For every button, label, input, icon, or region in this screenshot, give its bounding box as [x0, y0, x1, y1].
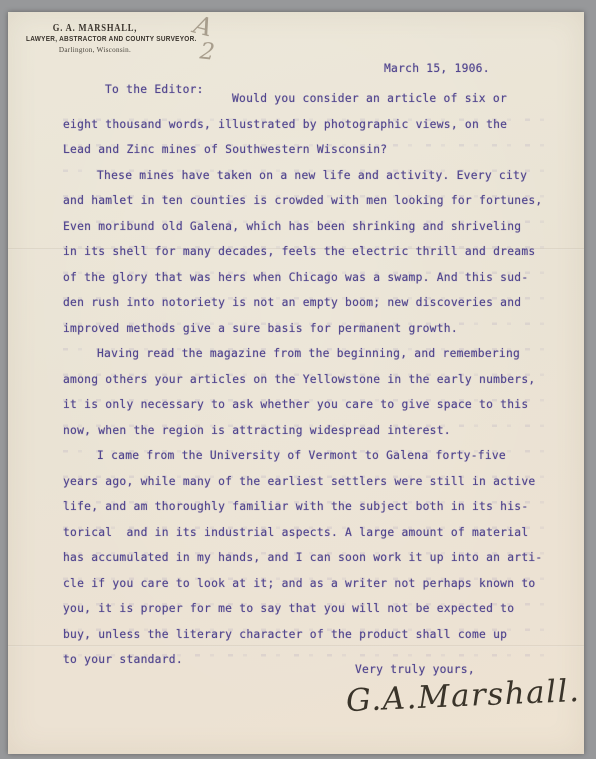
- letter-line: you, it is proper for me to say that you…: [63, 602, 555, 628]
- letter-line: among others your articles on the Yellow…: [63, 373, 555, 399]
- letter-line: it is only necessary to ask whether you …: [63, 398, 555, 424]
- pencil-mark-letter: A: [191, 12, 217, 42]
- letter-line: I came from the University of Vermont to…: [63, 449, 555, 475]
- scanned-letter: G. A. MARSHALL, LAWYER, ABSTRACTOR AND C…: [0, 0, 596, 759]
- letter-line: Having read the magazine from the beginn…: [63, 347, 555, 373]
- letter-line: den rush into notoriety is not an empty …: [63, 296, 555, 322]
- letter-line: Would you consider an article of six or: [63, 92, 555, 118]
- letter-line: has accumulated in my hands, and I can s…: [63, 551, 555, 577]
- letterhead: G. A. MARSHALL, LAWYER, ABSTRACTOR AND C…: [20, 22, 170, 54]
- letter-line: of the glory that was hers when Chicago …: [63, 271, 555, 297]
- letter-line: and hamlet in ten counties is crowded wi…: [63, 194, 555, 220]
- letter-line: Lead and Zinc mines of Southwestern Wisc…: [63, 143, 555, 169]
- letter-line: to your standard.: [63, 653, 555, 679]
- letter-closing: Very truly yours,: [355, 663, 475, 676]
- letter-line: Even moribund old Galena, which has been…: [63, 220, 555, 246]
- letter-line: life, and am thoroughly familiar with th…: [63, 500, 555, 526]
- letter-line: improved methods give a sure basis for p…: [63, 322, 555, 348]
- letter-line: torical and in its industrial aspects. A…: [63, 526, 555, 552]
- letter-line: These mines have taken on a new life and…: [63, 169, 555, 195]
- letter-line: now, when the region is attracting wides…: [63, 424, 555, 450]
- letterhead-name: G. A. MARSHALL,: [37, 22, 154, 34]
- letter-line: buy, unless the literary character of th…: [63, 628, 555, 654]
- handwritten-signature: G.A.Marshall.: [345, 673, 581, 719]
- letter-line: eight thousand words, illustrated by pho…: [63, 118, 555, 144]
- letterhead-location: Darlington, Wisconsin.: [24, 45, 167, 54]
- letterhead-title: LAWYER, ABSTRACTOR AND COUNTY SURVEYOR.: [26, 36, 164, 43]
- letter-line: years ago, while many of the earliest se…: [63, 475, 555, 501]
- letter-date: March 15, 1906.: [384, 62, 490, 75]
- pencil-mark-number: 2: [199, 39, 216, 64]
- letter-line: cle if you care to look at it; and as a …: [63, 577, 555, 603]
- letter-body: Would you consider an article of six ore…: [63, 92, 555, 679]
- letter-line: in its shell for many decades, feels the…: [63, 245, 555, 271]
- letter-paper: G. A. MARSHALL, LAWYER, ABSTRACTOR AND C…: [8, 12, 584, 754]
- pencil-annotation: A 2: [194, 14, 215, 64]
